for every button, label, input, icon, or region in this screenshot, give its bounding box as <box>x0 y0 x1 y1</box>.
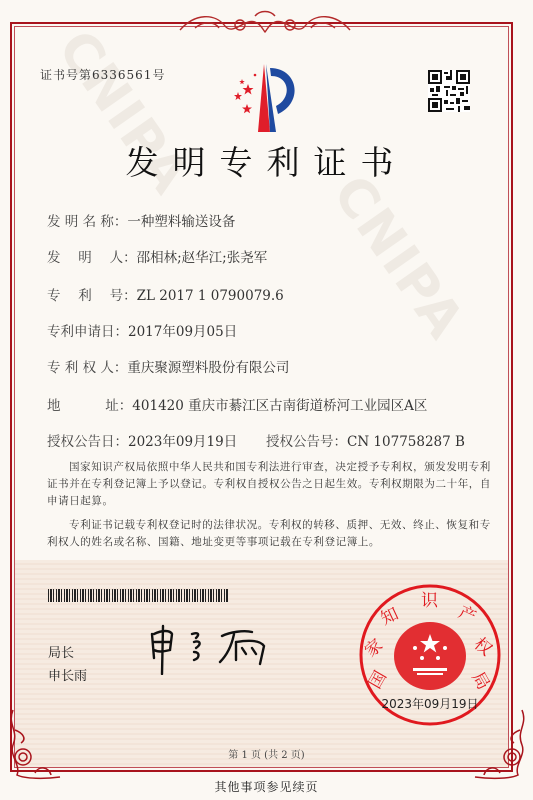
field-value: CN 107758287 B <box>347 434 465 450</box>
field-label: 专 利 号： <box>47 284 137 304</box>
field-patent-number: 专 利 号：ZL 2017 1 0790079.6 <box>47 284 284 304</box>
qr-code-icon[interactable] <box>428 70 470 112</box>
field-application-date: 专利申请日：2017年09月05日 <box>47 320 237 340</box>
field-grant-number: 授权公告号：CN 107758287 B <box>266 430 465 450</box>
page-number: 第 1 页 (共 2 页) <box>0 746 533 761</box>
field-label: 地 址： <box>47 394 132 414</box>
top-ornament-icon <box>175 8 355 38</box>
field-label: 专 利 权 人： <box>47 356 127 376</box>
seal-char: 权 <box>470 634 496 660</box>
seal-date: 2023年09月19日 <box>381 696 478 711</box>
certificate-title: 发明专利证书 <box>0 137 533 184</box>
director-title: 局长 <box>48 642 74 661</box>
field-inventors: 发 明 人：邵相林;赵华江;张尧军 <box>47 246 267 266</box>
field-label: 专利申请日： <box>47 320 128 340</box>
field-value: 重庆聚源塑料股份有限公司 <box>127 360 289 376</box>
field-value: 401420 重庆市綦江区古南街道桥河工业园区A区 <box>132 398 427 414</box>
field-value: 一种塑料输送设备 <box>127 214 235 230</box>
field-value: 2023年09月19日 <box>128 434 237 450</box>
seal-char: 产 <box>455 602 479 627</box>
cnipa-logo-icon <box>218 62 303 134</box>
field-label: 授权公告号： <box>266 430 347 450</box>
field-invention-name: 发 明 名 称：一种塑料输送设备 <box>47 210 235 230</box>
signature-icon <box>148 620 278 675</box>
grant-statement-paragraph: 国家知识产权局依照中华人民共和国专利法进行审查，决定授予专利权，颁发发明专利证书… <box>47 459 499 510</box>
certificate-number: 证书号第6336561号 <box>40 66 165 83</box>
corner-ornament-left-icon <box>5 705 65 785</box>
field-value: 邵相林;赵华江;张尧军 <box>137 250 268 266</box>
director-name: 申长雨 <box>48 665 87 684</box>
seal-char: 家 <box>361 635 387 661</box>
field-address: 地 址：401420 重庆市綦江区古南街道桥河工业园区A区 <box>47 394 427 414</box>
legal-status-paragraph: 专利证书记载专利权登记时的法律状况。专利权的转移、质押、无效、终止、恢复和专利权… <box>47 517 499 551</box>
barcode <box>48 589 228 602</box>
footer-note: 其他事项参见续页 <box>0 778 533 795</box>
patent-certificate: CNIPA CNIPA 证书号第6336561号 <box>0 0 533 800</box>
field-label: 发 明 人： <box>47 246 137 266</box>
field-value: ZL 2017 1 0790079.6 <box>137 288 284 304</box>
seal-char: 识 <box>421 591 439 611</box>
field-label: 发 明 名 称： <box>47 210 127 230</box>
field-grant-date: 授权公告日：2023年09月19日 <box>47 430 237 450</box>
field-label: 授权公告日： <box>47 430 128 450</box>
field-patentee: 专 利 权 人：重庆聚源塑料股份有限公司 <box>47 356 289 376</box>
field-value: 2017年09月05日 <box>128 324 237 340</box>
official-seal-icon: 国 家 知 识 产 权 局 2023年09月19日 <box>355 582 505 728</box>
